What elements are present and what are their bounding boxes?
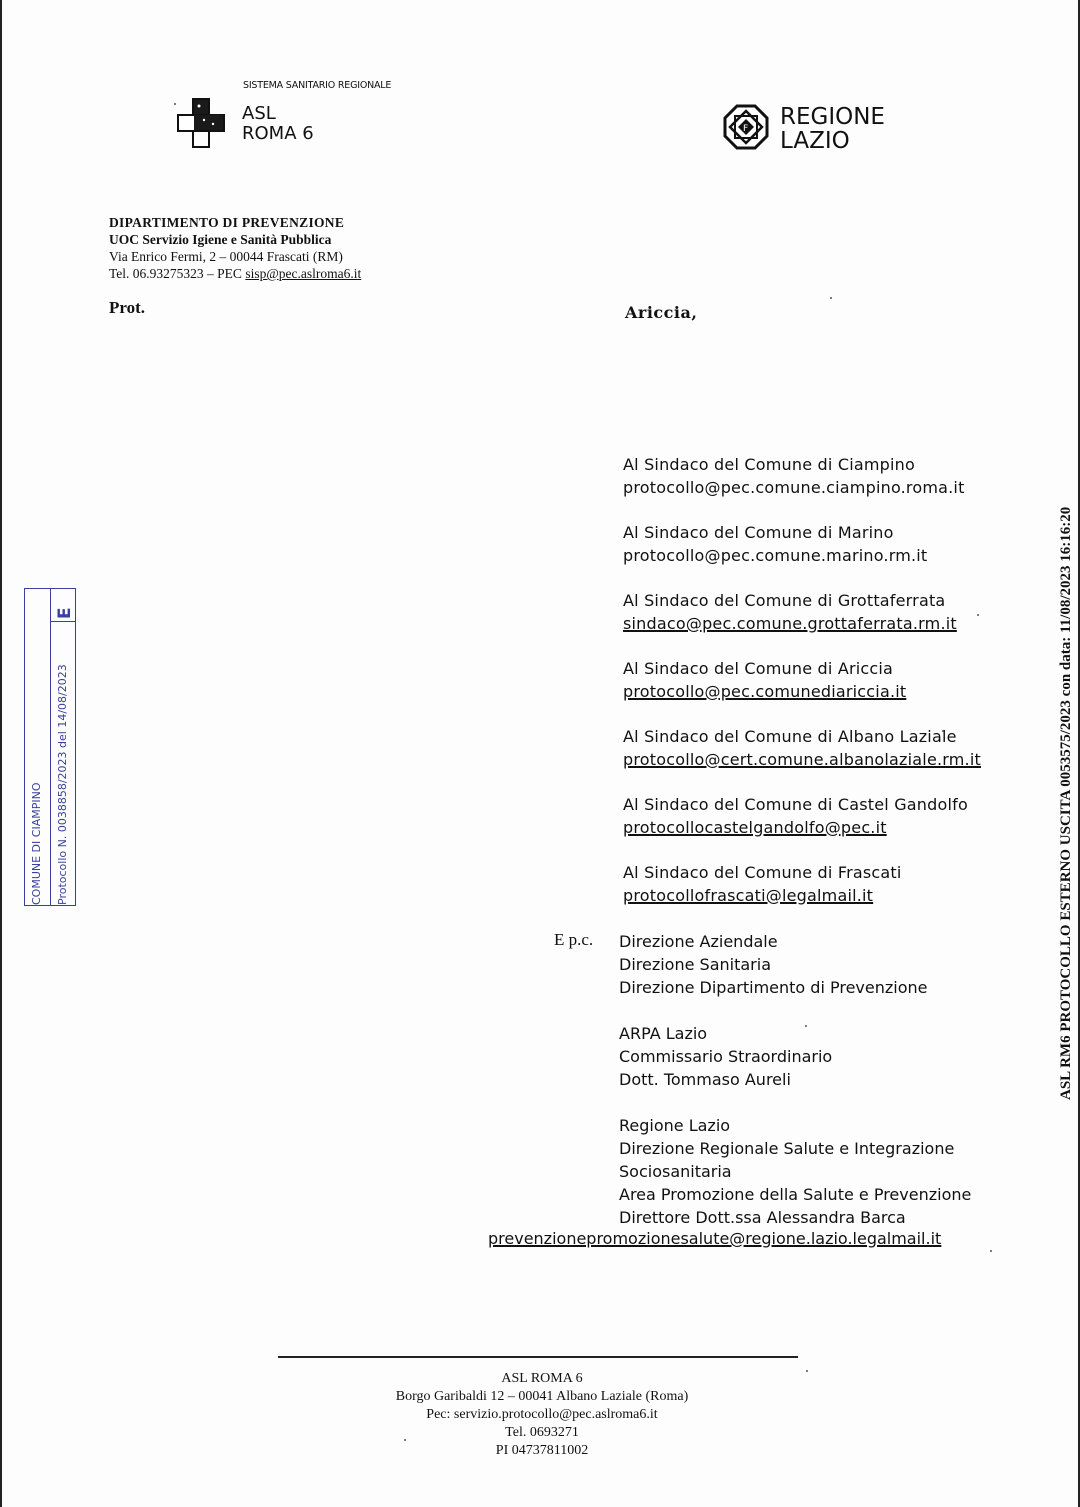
recipient-title: Al Sindaco del Comune di Albano Laziale [623,725,981,748]
footer-pec[interactable]: Pec: servizio.protocollo@pec.aslroma6.it [2,1406,1080,1424]
recipient-email-link[interactable]: protocollofrascati@legalmail.it [623,884,981,907]
recipient-email-link[interactable]: protocollo@pec.comune.ciampino.roma.it [623,476,981,499]
cc-line: Dott. Tommaso Aureli [619,1068,971,1091]
department-unit: UOC Servizio Igiene e Sanità Pubblica [109,231,361,248]
recipient-item: Al Sindaco del Comune di Aricciaprotocol… [623,657,981,725]
cc-group: Regione LazioDirezione Regionale Salute … [619,1114,971,1229]
department-header: DIPARTIMENTO DI PREVENZIONE UOC Servizio… [109,214,361,282]
scan-speck [942,730,944,732]
red-cross-icon [177,98,225,148]
footer-vat: PI 04737811002 [2,1442,1080,1460]
scan-speck [830,297,832,299]
recipient-title: Al Sindaco del Comune di Ariccia [623,657,981,680]
recipient-email-link[interactable]: protocollo@pec.comune.marino.rm.it [623,544,981,567]
stamp-direction: E [55,607,75,619]
cc-list: Direzione AziendaleDirezione SanitariaDi… [619,930,971,1252]
recipient-item: Al Sindaco del Comune di Frascatiprotoco… [623,861,981,929]
cc-line: Area Promozione della Salute e Prevenzio… [619,1183,971,1206]
recipient-title: Al Sindaco del Comune di Castel Gandolfo [623,793,981,816]
cc-label: E p.c. [554,930,593,950]
recipient-email-link[interactable]: protocollo@cert.comune.albanolaziale.rm.… [623,748,981,771]
cc-line: Direzione Aziendale [619,930,971,953]
recipient-item: Al Sindaco del Comune di Castel Gandolfo… [623,793,981,861]
recipient-item: Al Sindaco del Comune di Ciampinoprotoco… [623,453,981,521]
cc-line: Commissario Straordinario [619,1045,971,1068]
recipient-title: Al Sindaco del Comune di Ciampino [623,453,981,476]
cc-line: Sociosanitaria [619,1160,971,1183]
cc-group: Direzione AziendaleDirezione SanitariaDi… [619,930,971,999]
scan-speck [174,103,176,105]
place-date: Ariccia, [625,303,697,322]
recipient-item: Al Sindaco del Comune di Grottaferratasi… [623,589,981,657]
svg-text:F: F [743,124,748,134]
recipients-list: Al Sindaco del Comune di Ciampinoprotoco… [623,453,981,929]
department-pec-link[interactable]: sisp@pec.aslroma6.it [245,266,361,281]
cc-email-link[interactable]: prevenzionepromozionesalute@regione.lazi… [488,1229,941,1248]
recipient-title: Al Sindaco del Comune di Marino [623,521,981,544]
department-address: Via Enrico Fermi, 2 – 00044 Frascati (RM… [109,248,361,265]
cc-line: Direzione Dipartimento di Prevenzione [619,976,971,999]
cc-line: Direttore Dott.ssa Alessandra Barca [619,1206,971,1229]
scan-speck [990,1250,992,1252]
cc-line: Direzione Regionale Salute e Integrazion… [619,1137,971,1160]
scan-speck [806,1370,808,1372]
scan-speck [805,1025,807,1027]
recipient-email-link[interactable]: protocollo@pec.comunediariccia.it [623,680,981,703]
outgoing-protocol-stamp: ASL RM6 PROTOCOLLO ESTERNO USCITA 005357… [1058,507,1075,1100]
footer-tel: Tel. 0693271 [2,1424,1080,1442]
recipient-email-link[interactable]: protocollocastelgandolfo@pec.it [623,816,981,839]
cc-group: ARPA LazioCommissario StraordinarioDott.… [619,1022,971,1091]
recipient-item: Al Sindaco del Comune di Marinoprotocoll… [623,521,981,589]
cc-line: Direzione Sanitaria [619,953,971,976]
scan-speck [404,1439,406,1441]
asl-name: ASL ROMA 6 [242,104,314,144]
footer: ASL ROMA 6 Borgo Garibaldi 12 – 00041 Al… [2,1370,1080,1460]
stamp-entity: COMUNE DI CIAMPINO [30,783,43,905]
recipient-email-link[interactable]: sindaco@pec.comune.grottaferrata.rm.it [623,612,981,635]
incoming-protocol-stamp: COMUNE DI CIAMPINO E Protocollo N. 00388… [24,588,76,906]
regione-lazio-emblem-icon: F [723,104,769,150]
letter-page: SISTEMA SANITARIO REGIONALE ASL ROMA 6 F… [0,0,1080,1507]
department-title: DIPARTIMENTO DI PREVENZIONE [109,214,361,231]
stamp-protocol-number: Protocollo N. 0038858/2023 del 14/08/202… [56,664,69,905]
recipient-title: Al Sindaco del Comune di Grottaferrata [623,589,981,612]
footer-org: ASL ROMA 6 [2,1370,1080,1388]
department-contact: Tel. 06.93275323 – PEC sisp@pec.aslroma6… [109,265,361,282]
cc-line: ARPA Lazio [619,1022,971,1045]
regione-lazio-name: REGIONE LAZIO [780,105,885,153]
recipient-item: Al Sindaco del Comune di Albano Lazialep… [623,725,981,793]
footer-address: Borgo Garibaldi 12 – 00041 Albano Lazial… [2,1388,1080,1406]
footer-divider [278,1356,798,1358]
recipient-title: Al Sindaco del Comune di Frascati [623,861,981,884]
protocol-label: Prot. [109,298,145,318]
cc-line: Regione Lazio [619,1114,971,1137]
scan-speck [977,614,979,616]
asl-system-label: SISTEMA SANITARIO REGIONALE [243,80,391,91]
